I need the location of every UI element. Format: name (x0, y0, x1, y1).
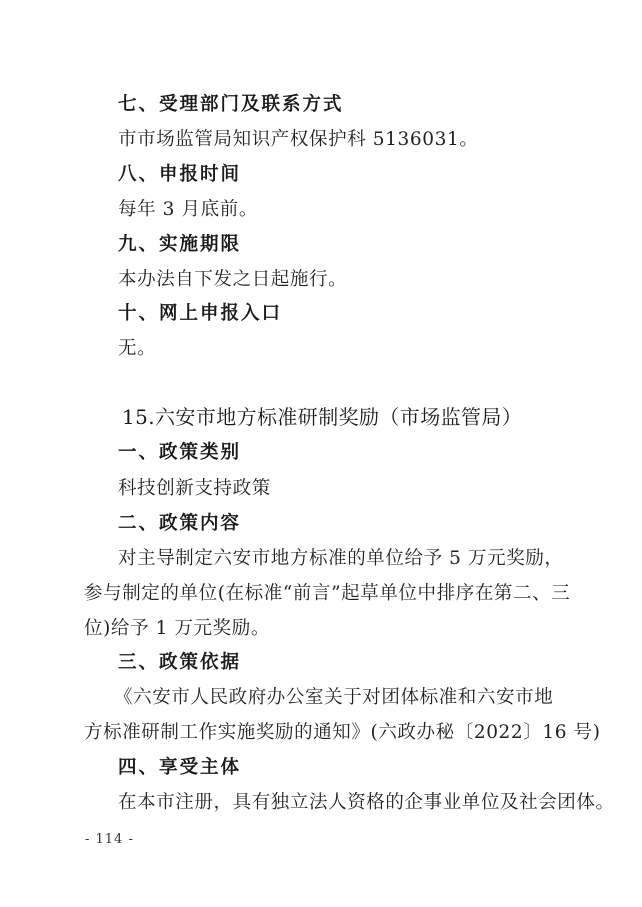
policy-basis-line-1: 《六安市人民政府办公室关于对团体标准和六安市地 (114, 686, 553, 710)
policy-basis-line-2: 方标准研制工作实施奖励的通知》(六政办秘〔2022〕16 号) (84, 721, 560, 745)
section-body-online-entry: 无。 (118, 337, 156, 361)
section-body-policy-category: 科技创新支持政策 (118, 477, 271, 501)
section-heading-online-entry: 十、网上申报入口 (118, 302, 282, 326)
policy-content-line-3: 位)给予 1 万元奖励。 (84, 617, 270, 641)
section-body-contact: 市市场监管局知识产权保护科 5136031。 (118, 128, 478, 152)
page-number: - 114 - (85, 832, 134, 847)
section-heading-implementation-period: 九、实施期限 (118, 233, 241, 257)
policy-content-line-2: 参与制定的单位(在标准“前言”起草单位中排序在第二、三 (84, 582, 560, 606)
policy-content-line-1: 对主导制定六安市地方标准的单位给予 5 万元奖励， (118, 547, 564, 571)
section-body-beneficiary: 在本市注册，具有独立法人资格的企事业单位及社会团体。 (118, 791, 615, 815)
section-body-implementation-period: 本办法自下发之日起施行。 (118, 268, 347, 292)
policy-title: 15.六安市地方标准研制奖励（市场监管局） (122, 405, 522, 429)
section-heading-contact: 七、受理部门及联系方式 (118, 93, 344, 117)
section-heading-beneficiary: 四、享受主体 (118, 756, 241, 780)
section-heading-policy-content: 二、政策内容 (118, 512, 241, 536)
section-body-application-time: 每年 3 月底前。 (118, 198, 258, 222)
section-heading-policy-basis: 三、政策依据 (118, 651, 241, 675)
section-heading-application-time: 八、申报时间 (118, 163, 241, 187)
section-heading-policy-category: 一、政策类别 (118, 441, 241, 465)
